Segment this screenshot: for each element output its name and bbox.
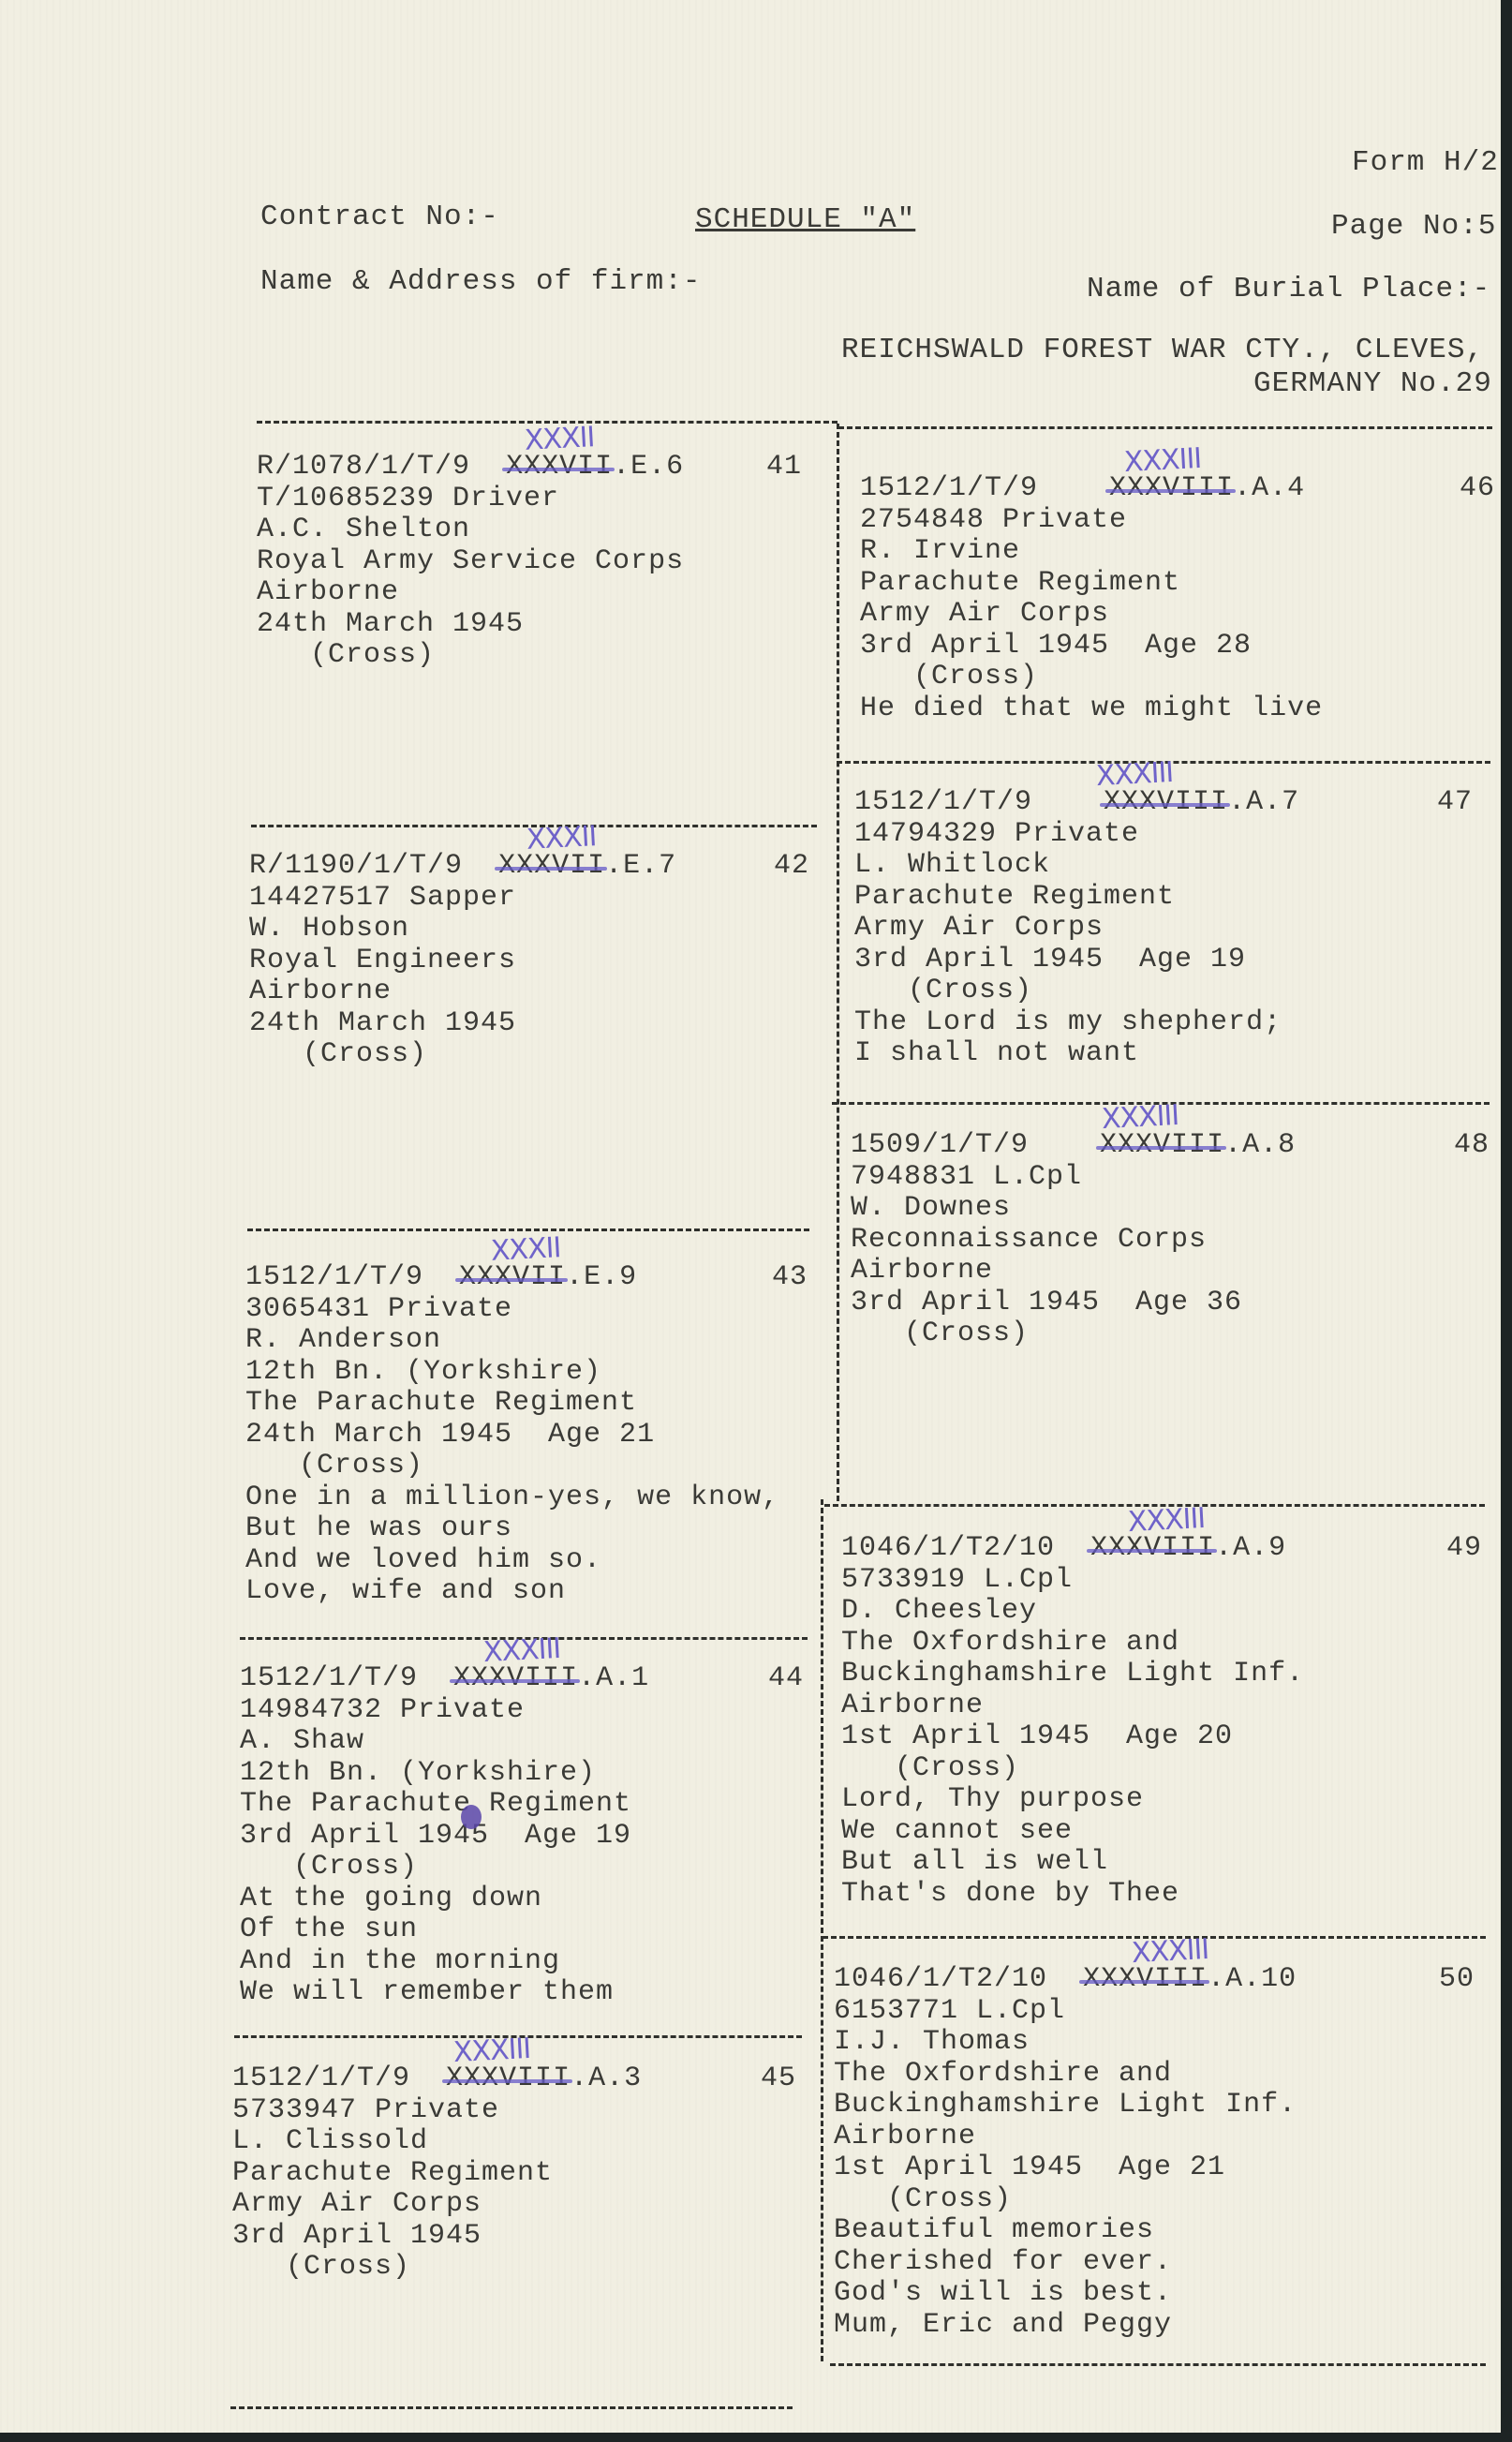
entry-ref: 1512/1/T/9 — [240, 1662, 418, 1694]
entry-date: 3rd April 1945 Age 36 — [851, 1288, 1488, 1319]
column-divider — [837, 424, 839, 1501]
entry-date: 24th March 1945 — [249, 1008, 811, 1040]
entry-date: 1st April 1945 Age 21 — [834, 2152, 1490, 2184]
grave-entry-43: 1512/1/T/9 XXXVII.E.9XXXII43 3065431 Pri… — [245, 1262, 808, 1608]
entry-marker: (Cross) — [257, 640, 809, 672]
entry-line: Airborne — [257, 577, 809, 609]
entry-inscription: That's done by Thee — [841, 1879, 1488, 1911]
plot-correction-handwritten: XXXIII — [1123, 443, 1202, 479]
entry-ref-line: 1512/1/T/9 XXXVIII.A.3XXXIII45 — [232, 2063, 794, 2095]
entry-date: 3rd April 1945 Age 28 — [860, 631, 1497, 663]
entry-line: Airborne — [841, 1690, 1488, 1722]
entry-ref-line: 1046/1/T2/10 XXXVIII.A.10XXXIII50 — [834, 1964, 1490, 1996]
entry-unit: Parachute Regiment — [854, 882, 1491, 914]
entry-unit: The Oxfordshire and — [841, 1628, 1488, 1660]
entry-inscription: I shall not want — [854, 1038, 1491, 1070]
entry-service-number: 6153771 L.Cpl — [834, 1996, 1490, 2028]
entry-name: R. Anderson — [245, 1325, 808, 1357]
entry-unit: Royal Army Service Corps — [257, 546, 809, 578]
entry-regiment: The Parachute Regiment — [240, 1789, 802, 1821]
grave-entry-44: 1512/1/T/9 XXXVIII.A.1XXXIII44 14984732 … — [240, 1663, 802, 2009]
plot-correction-handwritten: XXXII — [524, 422, 595, 456]
entry-service-number: 3065431 Private — [245, 1294, 808, 1326]
entry-line: Army Air Corps — [232, 2189, 794, 2221]
entry-unit: The Oxfordshire and — [834, 2059, 1490, 2091]
entry-name: W. Hobson — [249, 914, 811, 946]
entry-marker: (Cross) — [249, 1039, 811, 1071]
firm-label: Name & Address of firm:- — [260, 266, 701, 298]
plot-correction-handwritten: XXXII — [526, 821, 597, 856]
plot-correction-handwritten: XXXIII — [452, 2033, 531, 2069]
ink-blot — [461, 1805, 482, 1829]
entry-marker: (Cross) — [240, 1852, 802, 1884]
entry-number: 45 — [761, 2063, 796, 2095]
plot-correction-handwritten: XXXII — [490, 1232, 561, 1267]
entry-ref-line: 1512/1/T/9 XXXVIII.A.7XXXIII47 — [854, 787, 1491, 819]
entry-inscription: The Lord is my shepherd; — [854, 1007, 1491, 1039]
entry-date: 3rd April 1945 Age 19 — [240, 1821, 802, 1853]
plot-suffix: .A.8 — [1224, 1129, 1296, 1161]
entry-ref: 1046/1/T2/10 — [841, 1532, 1055, 1564]
entry-ref: R/1190/1/T/9 — [249, 850, 463, 882]
burial-place-line1: REICHSWALD FOREST WAR CTY., CLEVES, — [841, 335, 1484, 366]
entry-inscription: Love, wife and son — [245, 1576, 808, 1608]
entry-number: 42 — [774, 851, 809, 883]
burial-place-label: Name of Burial Place:- — [1087, 274, 1490, 305]
plot-suffix: .A.9 — [1215, 1532, 1286, 1564]
entry-ref: 1512/1/T/9 — [232, 2062, 410, 2094]
entry-unit: 12th Bn. (Yorkshire) — [245, 1357, 808, 1389]
entry-ref-line: R/1078/1/T/9 XXXVII.E.6XXXII41 — [257, 452, 809, 484]
entry-service-number: 14794329 Private — [854, 819, 1491, 851]
plot-correction-handwritten: XXXIII — [1127, 1503, 1206, 1539]
entry-marker: (Cross) — [860, 662, 1497, 693]
entry-marker: (Cross) — [854, 975, 1491, 1007]
entry-service-number: T/10685239 Driver — [257, 484, 809, 515]
entry-inscription: Beautiful memories — [834, 2215, 1490, 2247]
entry-name: A. Shaw — [240, 1726, 802, 1758]
entry-line: Airborne — [834, 2122, 1490, 2153]
entry-inscription: But he was ours — [245, 1513, 808, 1545]
entry-number: 48 — [1454, 1130, 1490, 1162]
grave-entry-48: 1509/1/T/9 XXXVIII.A.8XXXIII48 7948831 L… — [851, 1130, 1488, 1350]
entry-line: Army Air Corps — [860, 599, 1497, 631]
column-divider — [821, 1499, 823, 2361]
schedule-title: SCHEDULE "A" — [695, 204, 915, 236]
entry-date: 3rd April 1945 Age 19 — [854, 945, 1491, 976]
entry-marker: (Cross) — [834, 2184, 1490, 2216]
divider-line — [230, 2406, 793, 2409]
plot-suffix: .E.7 — [605, 850, 676, 882]
entry-ref: 1509/1/T/9 — [851, 1129, 1029, 1161]
plot-suffix: .A.4 — [1234, 472, 1305, 504]
entry-unit-cont: Buckinghamshire Light Inf. — [834, 2090, 1490, 2122]
plot-suffix: .E.6 — [613, 451, 684, 483]
entry-ref: R/1078/1/T/9 — [257, 451, 470, 483]
entry-name: L. Clissold — [232, 2126, 794, 2158]
entry-ref: 1512/1/T/9 — [245, 1261, 423, 1293]
entry-name: L. Whitlock — [854, 850, 1491, 882]
entry-name: W. Downes — [851, 1193, 1488, 1225]
entry-marker: (Cross) — [245, 1451, 808, 1482]
grave-entry-41: R/1078/1/T/9 XXXVII.E.6XXXII41 T/1068523… — [257, 452, 809, 672]
entry-unit-cont: Buckinghamshire Light Inf. — [841, 1659, 1488, 1690]
grave-entry-45: 1512/1/T/9 XXXVIII.A.3XXXIII45 5733947 P… — [232, 2063, 794, 2284]
entry-inscription: God's will is best. — [834, 2278, 1490, 2310]
entry-number: 50 — [1439, 1964, 1475, 1996]
entry-unit: Royal Engineers — [249, 946, 811, 977]
plot-suffix: .A.10 — [1208, 1963, 1297, 1995]
divider-line — [830, 2363, 1486, 2366]
entry-inscription: Mum, Eric and Peggy — [834, 2310, 1490, 2342]
entry-inscription: And we loved him so. — [245, 1545, 808, 1577]
entry-unit: Reconnaissance Corps — [851, 1225, 1488, 1257]
entry-regiment: The Parachute Regiment — [245, 1388, 808, 1420]
plot-correction-handwritten: XXXIII — [482, 1633, 561, 1669]
entry-service-number: 5733947 Private — [232, 2095, 794, 2127]
entry-service-number: 7948831 L.Cpl — [851, 1162, 1488, 1194]
entry-number: 43 — [772, 1262, 808, 1294]
divider-line — [838, 426, 1492, 429]
plot-suffix: .A.3 — [571, 2062, 642, 2094]
entry-unit: Parachute Regiment — [860, 568, 1497, 600]
entry-inscription: One in a million-yes, we know, — [245, 1482, 808, 1514]
entry-service-number: 14427517 Sapper — [249, 883, 811, 915]
entry-inscription: And in the morning — [240, 1946, 802, 1978]
grave-entry-42: R/1190/1/T/9 XXXVII.E.7XXXII42 14427517 … — [249, 851, 811, 1071]
entry-unit: Parachute Regiment — [232, 2158, 794, 2190]
entry-inscription: But all is well — [841, 1847, 1488, 1879]
page-number: Page No:5 — [1331, 211, 1496, 243]
entry-ref-line: 1512/1/T/9 XXXVIII.A.1XXXIII44 — [240, 1663, 802, 1695]
entry-inscription: He died that we might live — [860, 693, 1497, 725]
entry-date: 24th March 1945 — [257, 609, 809, 641]
entry-inscription: We cannot see — [841, 1816, 1488, 1848]
form-number: Form H/2 — [1352, 147, 1499, 179]
grave-entry-49: 1046/1/T2/10 XXXVIII.A.9XXXIII49 5733919… — [841, 1533, 1488, 1910]
plot-correction-handwritten: XXXIII — [1131, 1934, 1209, 1970]
entry-ref-line: 1509/1/T/9 XXXVIII.A.8XXXIII48 — [851, 1130, 1488, 1162]
entry-service-number: 2754848 Private — [860, 505, 1497, 537]
entry-marker: (Cross) — [851, 1318, 1488, 1350]
burial-place-line2: GERMANY No.29 — [1253, 368, 1492, 400]
entry-name: I.J. Thomas — [834, 2027, 1490, 2059]
plot-old-struck: XXXVII — [506, 451, 613, 483]
entry-inscription: Cherished for ever. — [834, 2247, 1490, 2279]
entry-unit: 12th Bn. (Yorkshire) — [240, 1758, 802, 1790]
document-page: Form H/2 Contract No:- SCHEDULE "A" Page… — [0, 0, 1501, 2433]
plot-suffix: .A.7 — [1228, 786, 1299, 818]
grave-entry-50: 1046/1/T2/10 XXXVIII.A.10XXXIII50 615377… — [834, 1964, 1490, 2341]
entry-date: 3rd April 1945 — [232, 2221, 794, 2253]
plot-correction-handwritten: XXXIII — [1095, 757, 1174, 793]
entry-number: 41 — [766, 452, 802, 484]
entry-date: 1st April 1945 Age 20 — [841, 1721, 1488, 1753]
entry-ref: 1512/1/T/9 — [854, 786, 1032, 818]
grave-entry-47: 1512/1/T/9 XXXVIII.A.7XXXIII47 14794329 … — [854, 787, 1491, 1070]
entry-inscription: Lord, Thy purpose — [841, 1784, 1488, 1816]
grave-entry-46: 1512/1/T/9 XXXVIII.A.4XXXIII46 2754848 P… — [860, 473, 1497, 724]
entry-service-number: 14984732 Private — [240, 1695, 802, 1727]
entry-ref: 1046/1/T2/10 — [834, 1963, 1047, 1995]
entry-name: R. Irvine — [860, 536, 1497, 568]
entry-date: 24th March 1945 Age 21 — [245, 1420, 808, 1452]
entry-number: 49 — [1446, 1533, 1482, 1565]
plot-suffix: .E.9 — [566, 1261, 637, 1293]
entry-ref-line: 1046/1/T2/10 XXXVIII.A.9XXXIII49 — [841, 1533, 1488, 1565]
entry-number: 44 — [768, 1663, 804, 1695]
entry-ref-line: 1512/1/T/9 XXXVII.E.9XXXII43 — [245, 1262, 808, 1294]
entry-line: Airborne — [249, 976, 811, 1008]
entry-marker: (Cross) — [841, 1753, 1488, 1785]
entry-service-number: 5733919 L.Cpl — [841, 1565, 1488, 1597]
entry-marker: (Cross) — [232, 2252, 794, 2284]
entry-line: Army Air Corps — [854, 913, 1491, 945]
entry-inscription: We will remember them — [240, 1977, 802, 2009]
entry-inscription: At the going down — [240, 1884, 802, 1915]
entry-name: D. Cheesley — [841, 1596, 1488, 1628]
divider-line — [247, 1228, 809, 1231]
entry-ref: 1512/1/T/9 — [860, 472, 1038, 504]
contract-label: Contract No:- — [260, 201, 499, 233]
plot-suffix: .A.1 — [578, 1662, 649, 1694]
entry-line: Airborne — [851, 1256, 1488, 1288]
plot-correction-handwritten: XXXIII — [1101, 1100, 1179, 1136]
entry-name: A.C. Shelton — [257, 514, 809, 546]
entry-inscription: Of the sun — [240, 1914, 802, 1946]
entry-number: 46 — [1460, 473, 1495, 505]
entry-ref-line: R/1190/1/T/9 XXXVII.E.7XXXII42 — [249, 851, 811, 883]
entry-ref-line: 1512/1/T/9 XXXVIII.A.4XXXIII46 — [860, 473, 1497, 505]
entry-number: 47 — [1437, 787, 1473, 819]
